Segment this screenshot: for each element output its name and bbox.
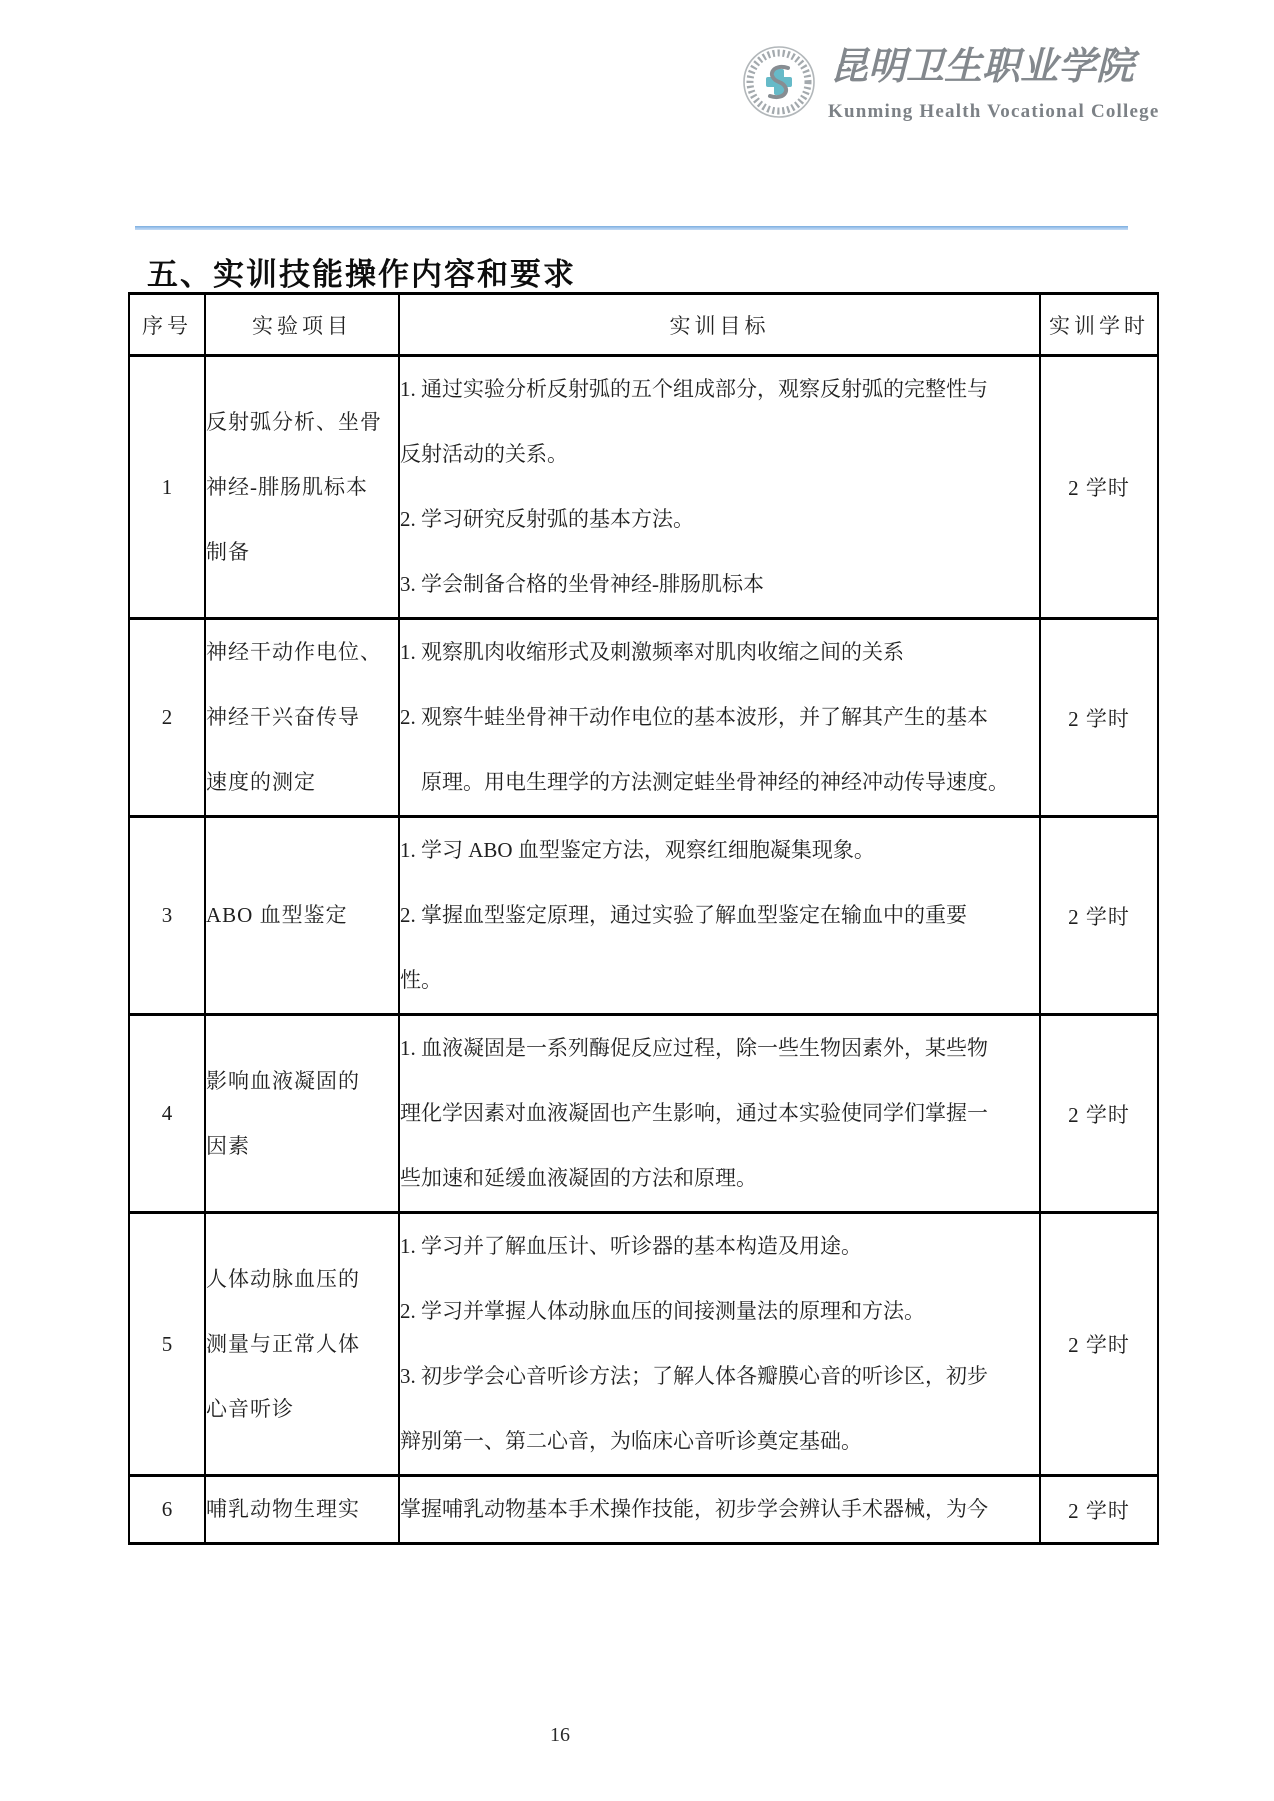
table-row: 6 哺乳动物生理实 掌握哺乳动物基本手术操作技能，初步学会辨认手术器械，为今 2… <box>129 1476 1158 1544</box>
training-hours: 2 学时 <box>1040 817 1158 1015</box>
experiment-name: 神经干动作电位、 神经干兴奋传导 速度的测定 <box>205 619 399 817</box>
goal-line: 2. 学习研究反射弧的基本方法。 <box>400 487 1039 552</box>
table-row: 3 ABO 血型鉴定 1. 学习 ABO 血型鉴定方法，观察红细胞凝集现象。 2… <box>129 817 1158 1015</box>
experiment-name: ABO 血型鉴定 <box>205 817 399 1015</box>
experiment-name: 反射弧分析、坐骨 神经-腓肠肌标本 制备 <box>205 356 399 619</box>
table-row: 1 反射弧分析、坐骨 神经-腓肠肌标本 制备 1. 通过实验分析反射弧的五个组成… <box>129 356 1158 619</box>
goal-line: 原理。用电生理学的方法测定蛙坐骨神经的神经冲动传导速度。 <box>400 750 1039 815</box>
training-table-wrap: 序号 实验项目 实训目标 实训学时 1 反射弧分析、坐骨 神经-腓肠肌标本 制备… <box>128 292 1159 1545</box>
header-divider-line <box>135 226 1128 230</box>
experiment-name-line: 因素 <box>206 1114 398 1179</box>
document-page: 昆明卫生职业学院 Kunming Health Vocational Colle… <box>0 0 1274 1801</box>
experiment-name-line: 神经-腓肠肌标本 <box>206 455 398 520</box>
goal-line: 1. 血液凝固是一系列酶促反应过程，除一些生物因素外，某些物 <box>400 1016 1039 1081</box>
goal-line: 1. 学习 ABO 血型鉴定方法，观察红细胞凝集现象。 <box>400 818 1039 883</box>
goal-line: 1. 通过实验分析反射弧的五个组成部分，观察反射弧的完整性与 <box>400 357 1039 422</box>
row-number: 5 <box>129 1213 205 1476</box>
training-table: 序号 实验项目 实训目标 实训学时 1 反射弧分析、坐骨 神经-腓肠肌标本 制备… <box>128 292 1159 1545</box>
training-hours: 2 学时 <box>1040 1213 1158 1476</box>
experiment-name-line: 神经干兴奋传导 <box>206 685 398 750</box>
row-number: 4 <box>129 1015 205 1213</box>
experiment-name-line: 反射弧分析、坐骨 <box>206 390 398 455</box>
training-goals: 1. 学习并了解血压计、听诊器的基本构造及用途。 2. 学习并掌握人体动脉血压的… <box>399 1213 1040 1476</box>
table-row: 5 人体动脉血压的 测量与正常人体 心音听诊 1. 学习并了解血压计、听诊器的基… <box>129 1213 1158 1476</box>
row-number: 1 <box>129 356 205 619</box>
goal-line: 2. 学习并掌握人体动脉血压的间接测量法的原理和方法。 <box>400 1279 1039 1344</box>
experiment-name: 人体动脉血压的 测量与正常人体 心音听诊 <box>205 1213 399 1476</box>
goal-line: 1. 学习并了解血压计、听诊器的基本构造及用途。 <box>400 1214 1039 1279</box>
training-hours: 2 学时 <box>1040 356 1158 619</box>
col-header-experiment: 实验项目 <box>205 294 399 356</box>
experiment-name: 影响血液凝固的 因素 <box>205 1015 399 1213</box>
goal-line: 些加速和延缓血液凝固的方法和原理。 <box>400 1146 1039 1211</box>
table-header-row: 序号 实验项目 实训目标 实训学时 <box>129 294 1158 356</box>
experiment-name-line: 心音听诊 <box>206 1377 398 1442</box>
training-goals: 1. 通过实验分析反射弧的五个组成部分，观察反射弧的完整性与 反射活动的关系。 … <box>399 356 1040 619</box>
experiment-name-line: 影响血液凝固的 <box>206 1049 398 1114</box>
goal-line: 1. 观察肌肉收缩形式及刺激频率对肌肉收缩之间的关系 <box>400 620 1039 685</box>
experiment-name-line: 速度的测定 <box>206 750 398 815</box>
goal-line: 辩别第一、第二心音，为临床心音听诊奠定基础。 <box>400 1409 1039 1474</box>
goal-line: 3. 初步学会心音听诊方法；了解人体各瓣膜心音的听诊区，初步 <box>400 1344 1039 1409</box>
training-goals: 掌握哺乳动物基本手术操作技能，初步学会辨认手术器械，为今 <box>399 1476 1040 1544</box>
college-name-chinese: 昆明卫生职业学院 <box>830 42 1134 90</box>
training-hours: 2 学时 <box>1040 1015 1158 1213</box>
experiment-name-line: 制备 <box>206 520 398 585</box>
row-number: 6 <box>129 1476 205 1544</box>
goal-line: 3. 学会制备合格的坐骨神经-腓肠肌标本 <box>400 552 1039 617</box>
col-header-number: 序号 <box>129 294 205 356</box>
row-number: 3 <box>129 817 205 1015</box>
training-goals: 1. 学习 ABO 血型鉴定方法，观察红细胞凝集现象。 2. 掌握血型鉴定原理，… <box>399 817 1040 1015</box>
row-number: 2 <box>129 619 205 817</box>
college-name-english: Kunming Health Vocational College <box>828 101 1159 123</box>
section-title: 五、实训技能操作内容和要求 <box>147 249 576 294</box>
goal-line: 性。 <box>400 948 1039 1013</box>
experiment-name-line: 人体动脉血压的 <box>206 1247 398 1312</box>
experiment-name-line: 神经干动作电位、 <box>206 620 398 685</box>
training-goals: 1. 血液凝固是一系列酶促反应过程，除一些生物因素外，某些物 理化学因素对血液凝… <box>399 1015 1040 1213</box>
goal-line: 理化学因素对血液凝固也产生影响，通过本实验使同学们掌握一 <box>400 1081 1039 1146</box>
col-header-hours: 实训学时 <box>1040 294 1158 356</box>
goal-line: 2. 观察牛蛙坐骨神干动作电位的基本波形，并了解其产生的基本 <box>400 685 1039 750</box>
page-number: 16 <box>536 1724 584 1747</box>
table-row: 2 神经干动作电位、 神经干兴奋传导 速度的测定 1. 观察肌肉收缩形式及刺激频… <box>129 619 1158 817</box>
goal-line: 2. 掌握血型鉴定原理，通过实验了解血型鉴定在输血中的重要 <box>400 883 1039 948</box>
training-goals: 1. 观察肌肉收缩形式及刺激频率对肌肉收缩之间的关系 2. 观察牛蛙坐骨神干动作… <box>399 619 1040 817</box>
col-header-goal: 实训目标 <box>399 294 1040 356</box>
experiment-name-line: 哺乳动物生理实 <box>206 1477 398 1542</box>
training-hours: 2 学时 <box>1040 1476 1158 1544</box>
experiment-name-line: 测量与正常人体 <box>206 1312 398 1377</box>
training-hours: 2 学时 <box>1040 619 1158 817</box>
college-seal-logo <box>742 45 816 119</box>
seal-icon <box>742 45 816 119</box>
experiment-name: 哺乳动物生理实 <box>205 1476 399 1544</box>
goal-line: 掌握哺乳动物基本手术操作技能，初步学会辨认手术器械，为今 <box>400 1477 1039 1542</box>
experiment-name-line: ABO 血型鉴定 <box>206 883 398 948</box>
table-row: 4 影响血液凝固的 因素 1. 血液凝固是一系列酶促反应过程，除一些生物因素外，… <box>129 1015 1158 1213</box>
goal-line: 反射活动的关系。 <box>400 422 1039 487</box>
